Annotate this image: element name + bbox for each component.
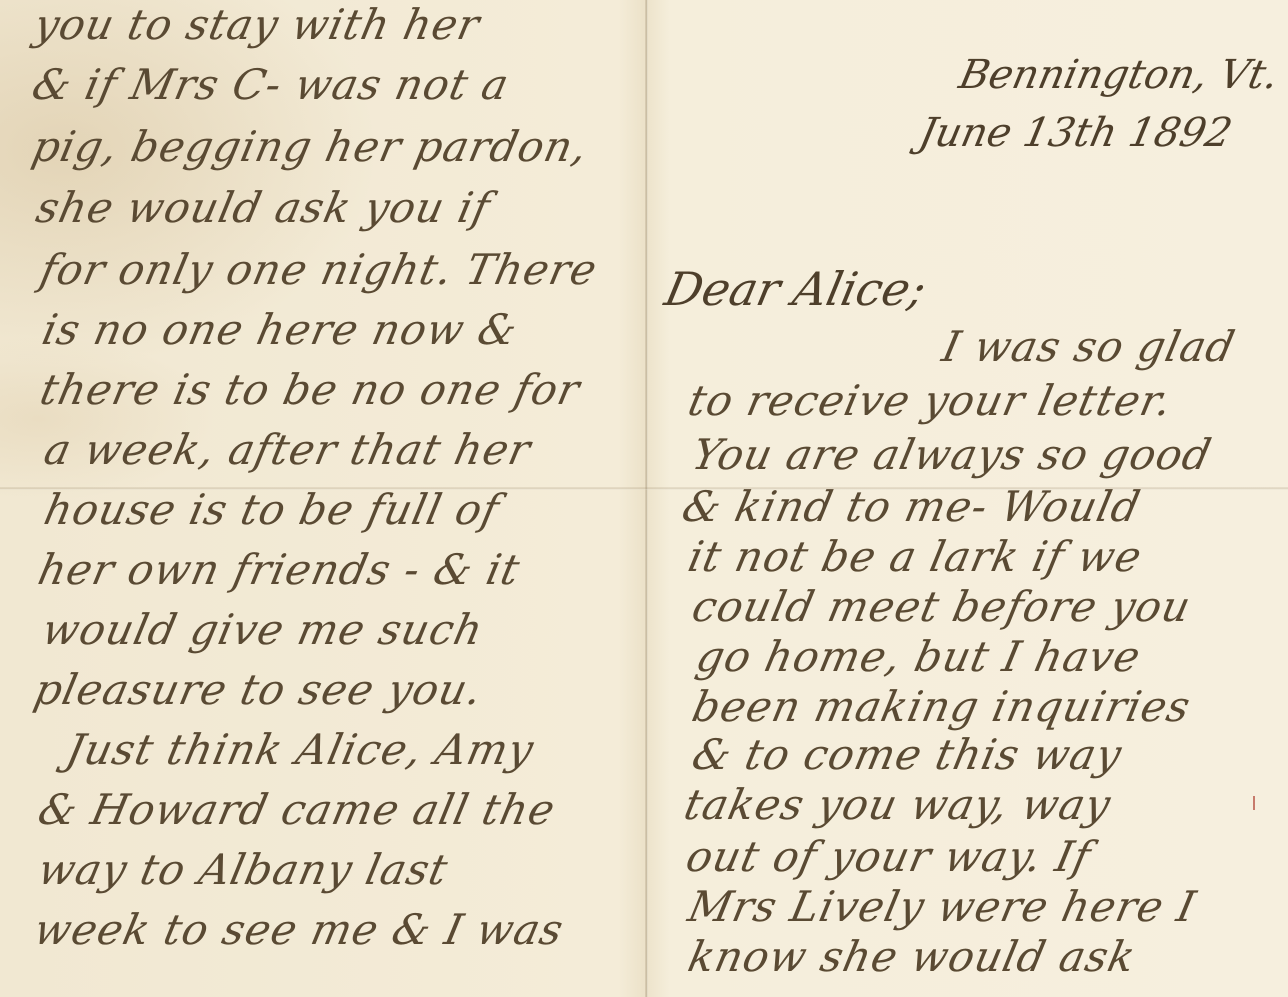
left-line-15: way to Albany last [34,845,453,894]
left-line-11: would give me such [38,605,488,654]
left-line-7: there is to be no one for [36,365,585,414]
red-margin-mark [1253,796,1255,810]
left-line-4: she would ask you if [32,183,495,232]
right-line-5: it not be a lark if we [684,532,1147,581]
right-line-3: You are always so good [688,430,1216,479]
left-line-13: Just think Alice, Amy [62,725,538,774]
letter-date: June 13th 1892 [915,110,1236,156]
right-line-11: out of your way. If [682,832,1096,881]
right-line-4: & kind to me- Would [678,482,1145,531]
left-line-12: pleasure to see you. [30,665,487,714]
right-line-6: could meet before you [688,582,1196,631]
right-line-7: go home, but I have [692,632,1145,681]
left-line-16: week to see me & I was [30,905,568,954]
right-line-9: & to come this way [688,730,1126,779]
left-line-1: you to stay with her [30,0,485,49]
right-line-1: I was so glad [938,322,1240,371]
left-line-8: a week, after that her [40,425,536,474]
salutation: Dear Alice; [660,262,931,316]
letter-place: Bennington, Vt. [955,52,1283,98]
left-line-14: & Howard came all the [34,785,560,834]
left-line-3: pig, begging her pardon, [28,122,592,171]
left-line-10: her own friends - & it [34,545,525,594]
right-line-13: know she would ask [684,932,1140,981]
left-line-6: is no one here now & [38,305,522,354]
right-line-2: to receive your letter. [684,376,1177,425]
left-line-9: house is to be full of [40,485,504,534]
right-page: Bennington, Vt. June 13th 1892 Dear Alic… [648,0,1288,997]
letter-spread: you to stay with her & if Mrs C- was not… [0,0,1288,997]
right-line-8: been making inquiries [688,682,1195,731]
left-line-5: for only one night. There [36,245,602,294]
left-line-2: & if Mrs C- was not a [28,60,514,109]
left-page: you to stay with her & if Mrs C- was not… [0,0,645,997]
right-line-10: takes you way, way [680,780,1116,829]
right-line-12: Mrs Lively were here I [684,882,1201,931]
